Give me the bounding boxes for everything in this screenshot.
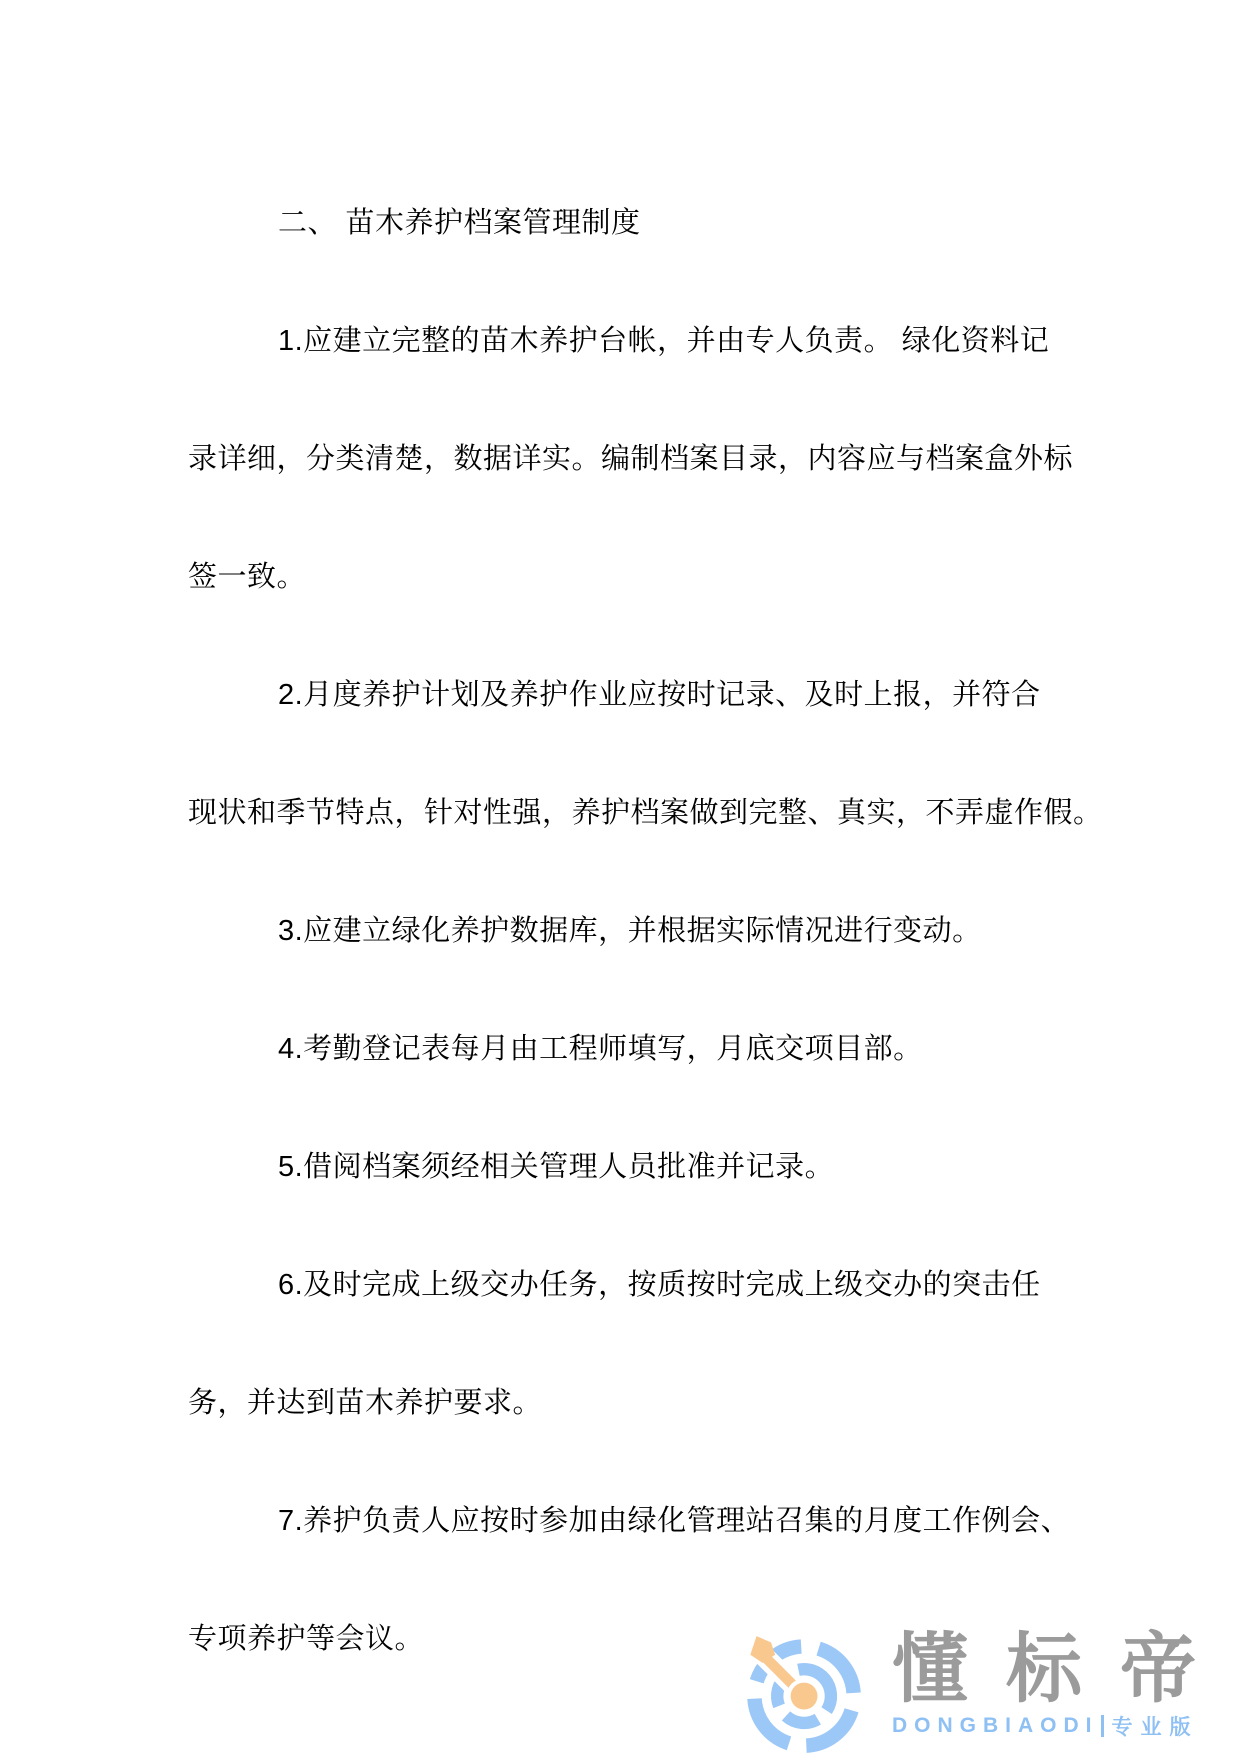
brand-subtitle: DONGBIAODI 专业版 [892,1711,1234,1741]
paragraph-line-9: 6.及时完成上级交办任务，按质按时完成上级交办的突击任 [188,1241,1088,1330]
paragraph-line-11: 7.养护负责人应按时参加由绿化管理站召集的月度工作例会、 [188,1477,1088,1566]
paragraph-line-10: 务，并达到苗木养护要求。 [188,1359,1088,1448]
section-heading: 二、 苗木养护档案管理制度 [188,179,1088,268]
paragraph-line-3: 签一致。 [188,533,1088,622]
paragraph-line-1: 1.应建立完整的苗木养护台帐，并由专人负责。 绿化资料记 [188,297,1088,386]
edition-label: 专业版 [1112,1711,1199,1741]
paragraph-line-5: 现状和季节特点，针对性强，养护档案做到完整、真实，不弄虚作假。 [188,769,1088,858]
target-dart-icon [740,1632,864,1754]
paragraph-line-2: 录详细，分类清楚，数据详实。编制档案目录，内容应与档案盒外标 [188,415,1088,504]
watermark: 懂标帝 DONGBIAODI 专业版 [740,1630,1234,1754]
brand-name-cn: 懂标帝 [892,1630,1234,1710]
document-page: 二、 苗木养护档案管理制度 1.应建立完整的苗木养护台帐，并由专人负责。 绿化资… [0,0,1241,1754]
paragraph-line-4: 2.月度养护计划及养护作业应按时记录、及时上报，并符合 [188,651,1088,740]
paragraph-line-7: 4.考勤登记表每月由工程师填写，月底交项目部。 [188,1005,1088,1094]
divider [1101,1715,1104,1737]
brand-name-en: DONGBIAODI [892,1714,1099,1738]
paragraph-line-8: 5.借阅档案须经相关管理人员批准并记录。 [188,1123,1088,1212]
watermark-text: 懂标帝 DONGBIAODI 专业版 [892,1630,1234,1741]
document-body: 二、 苗木养护档案管理制度 1.应建立完整的苗木养护台帐，并由专人负责。 绿化资… [188,150,1088,1713]
paragraph-line-6: 3.应建立绿化养护数据库，并根据实际情况进行变动。 [188,887,1088,976]
